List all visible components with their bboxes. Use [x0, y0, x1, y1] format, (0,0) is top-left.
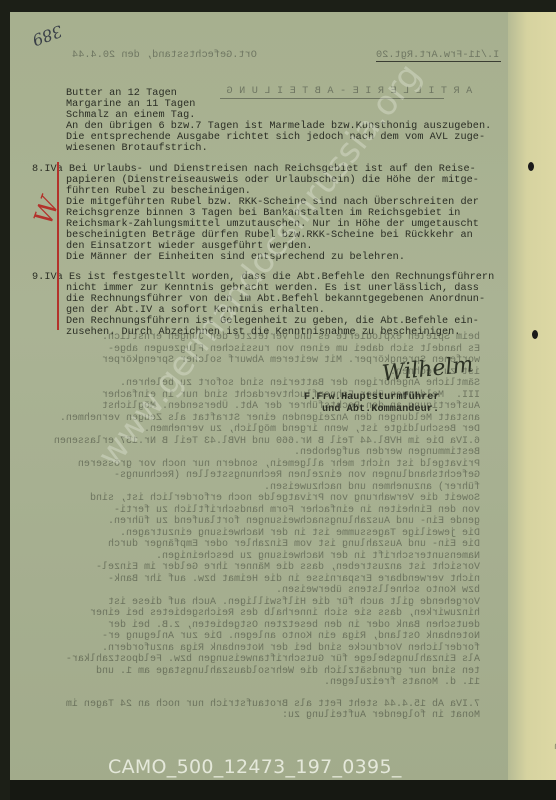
bleedthrough-line: 11. d. Monats freizulegen.	[40, 677, 480, 688]
body-line: zusehen. Durch Abzeichnen ist die Kenntn…	[66, 327, 460, 338]
body-line: Schmalz an einem Tag.	[66, 110, 195, 121]
bleedthrough-line: von den Einheiten in einfacher Form hand…	[40, 505, 480, 516]
body-line: Die Männer der Einheiten sind entspreche…	[66, 252, 405, 263]
body-line: Reichsgrenze binnen 3 Tagen bei Bankanst…	[66, 208, 460, 219]
bleedthrough-line: Namensunterschrift in der Nachweisung zu…	[40, 551, 480, 562]
bleedthrough-line: führer) anzunehmen und nachzuweisen.	[40, 482, 480, 493]
bleedthrough-line: 7.IVa Ab 15.4.44 steht Fett als Brotaufs…	[40, 699, 480, 710]
bleedthrough-line: deutschen Bank oder in den besetzten Ost…	[40, 620, 480, 631]
archive-id-label: CAMO_500_12473_197_0395_	[108, 756, 402, 778]
bleedthrough-line: Gefechtshandlungen von einzelnen Rechnun…	[40, 470, 480, 481]
scan-bottom-edge	[10, 780, 556, 800]
bleedthrough-line: Monat in folgender Aufteilung zu:	[40, 710, 480, 721]
body-line: Die mitgeführten Rubel bzw. RKK-Scheine …	[66, 197, 479, 208]
bleedthrough-line: Soweit die Verwahrung von Privatgelde no…	[40, 493, 480, 504]
body-line: wiesenen Brotaufstrich.	[66, 143, 208, 154]
body-line: papieren (Dienstreiseausweis oder Urlaub…	[66, 175, 479, 186]
bleedthrough-line: Notenbank Ostland, Riga ein Konto anlege…	[40, 631, 480, 642]
signature-rank-line-1: F.Frw.Hauptsturmführer	[304, 392, 440, 403]
signature-rank-line-2: und Abt.Kommandeur.	[322, 404, 439, 415]
body-line: 8.IVa Bei Urlaubs- und Dienstreisen nach…	[32, 164, 476, 175]
bleedthrough-line: gende Ein- und Auszahlungsnachweisungen …	[40, 516, 480, 527]
bleedthrough-line: ten sind nur grundsätzlich die Wehrsolda…	[40, 666, 480, 677]
bleedthrough-line: Die jeweilige Tagessumme ist in der Nach…	[40, 528, 480, 539]
bleedthrough-line: hinzuwirken, dass sie sich innerhalb des…	[40, 608, 480, 619]
bleedthrough-line: Als Einzahlungsbelege für Gutschriftanwe…	[40, 654, 480, 665]
body-line: Margarine an 11 Tagen	[66, 99, 195, 110]
bleedthrough-line: forderlichen Vordrucke sind bei der Note…	[40, 643, 480, 654]
body-line: führten Rubel zu bescheinigen.	[66, 186, 251, 197]
body-line: nicht immer zur Kenntnis gebracht werden…	[66, 283, 479, 294]
handwritten-archive-number: 389	[30, 21, 65, 49]
document-page: 389 Ort.Gefechtsstand, den 20.4.44 I./11…	[10, 12, 556, 788]
body-line: An den übrigen 6 bzw.7 Tagen ist Marmela…	[66, 121, 491, 132]
red-margin-line	[57, 162, 59, 330]
bleedthrough-line: wenden	[150, 742, 556, 753]
bleedthrough-line: Vorsicht ist anzustreben, dass die Männe…	[40, 562, 480, 573]
header-location-date: Ort.Gefechtsstand, den 20.4.44	[72, 50, 257, 61]
ink-spot	[532, 330, 538, 339]
bleedthrough-line: Vorgehende gilt auch für die Hilfswillig…	[40, 597, 480, 608]
bleedthrough-line: bzw Konto schnellstens überweisen.	[40, 585, 480, 596]
body-line: die Rechnungsführer von den im Abt.Befeh…	[66, 294, 485, 305]
red-pencil-mark: W	[29, 193, 66, 228]
bleedthrough-line: Es handelt sich dabei um einen von russi…	[40, 344, 480, 355]
body-line: Den Rechnungsführern ist Gelegenheit zu …	[66, 316, 479, 327]
letterhead-faint: ARTILLERIE-ABTEILUNG	[220, 86, 472, 97]
bleedthrough-line: Die Ein- und Auszahlung ist vom Einzahle…	[40, 539, 480, 550]
bleedthrough-line: nicht verwendbare Ersparnisse in die Hei…	[40, 574, 480, 585]
body-line: Die entsprechende Ausgabe richtet sich j…	[66, 132, 485, 143]
body-line: Butter an 12 Tagen	[66, 88, 177, 99]
ink-spot	[528, 162, 534, 171]
